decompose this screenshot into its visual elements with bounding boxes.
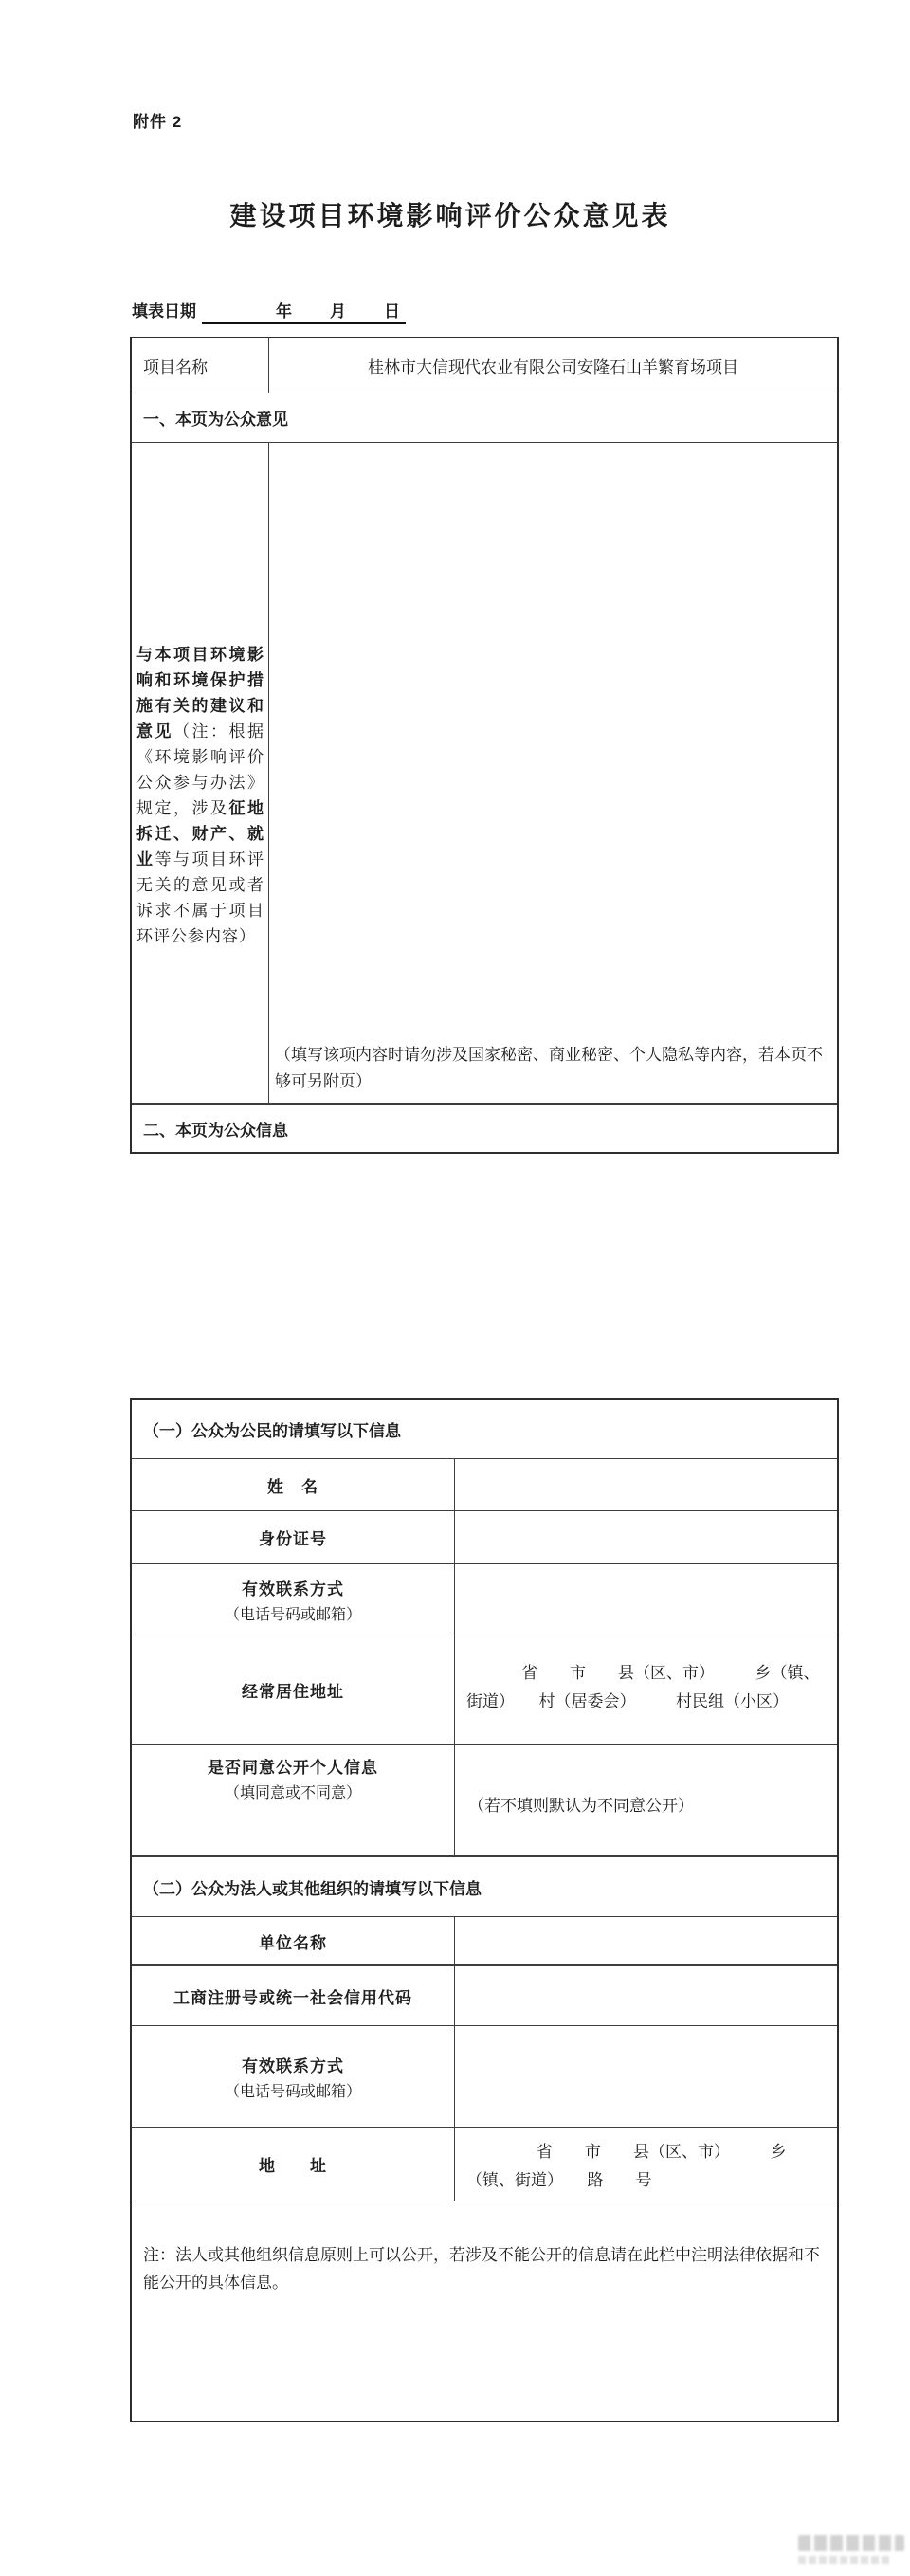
public-info-table: （一）公众为公民的请填写以下信息 姓 名 身份证号 有效联系方式 （电话号码或邮… [130,1398,839,2422]
organization-section-header: （二）公众为法人或其他组织的请填写以下信息 [132,1857,837,1917]
consent-label: 是否同意公开个人信息 [208,1754,378,1778]
date-fill-blank[interactable]: 年 月 日 [202,298,406,324]
contact-sublabel: （电话号码或邮箱） [225,1602,361,1624]
watermark-line-1 [798,2535,904,2551]
name-input-cell[interactable] [455,1459,837,1510]
opinion-fill-note: （填写该项内容时请勿涉及国家秘密、商业秘密、个人隐私等内容，若本页不够可另附页） [275,1042,829,1095]
org-code-row: 工商注册号或统一社会信用代码 [132,1966,837,2026]
project-name-label: 项目名称 [132,338,269,393]
org-address-label: 地 址 [259,2152,327,2176]
residence-input-cell[interactable]: 省 市 县（区、市） 乡（镇、 街道） 村（居委会） 村民组（小区） [455,1635,837,1744]
org-name-row: 单位名称 [132,1917,837,1966]
id-number-label-cell: 身份证号 [132,1511,455,1563]
section-header-opinion: 一、本页为公众意见 [132,393,837,443]
opinion-table: 项目名称 桂林市大信现代农业有限公司安隆石山羊繁育场项目 一、本页为公众意见 与… [130,337,839,1154]
org-address-row: 地 址 省 市 县（区、市） 乡 （镇、街道） 路 号 [132,2128,837,2201]
attachment-label: 附件 2 [133,108,182,132]
org-contact-sublabel: （电话号码或邮箱） [225,2079,361,2101]
org-contact-input-cell[interactable] [455,2026,837,2127]
contact-label-cell: 有效联系方式 （电话号码或邮箱） [132,1564,455,1635]
org-code-label-cell: 工商注册号或统一社会信用代码 [132,1966,455,2025]
residence-row: 经常居住地址 省 市 县（区、市） 乡（镇、 街道） 村（居委会） 村民组（小区… [132,1635,837,1745]
opinion-input-area[interactable]: （填写该项内容时请勿涉及国家秘密、商业秘密、个人隐私等内容，若本页不够可另附页） [269,443,837,1103]
id-number-input-cell[interactable] [455,1511,837,1563]
residence-format-hint: 省 市 县（区、市） 乡（镇、 街道） 村（居委会） 村民组（小区） [455,1635,837,1716]
name-row: 姓 名 [132,1459,837,1511]
opinion-prompt-label: 与本项目环境影响和环境保护措施有关的建议和意见（注：根据《环境影响评价公众参与办… [132,443,269,1103]
contact-label: 有效联系方式 [242,1576,344,1599]
residence-label-cell: 经常居住地址 [132,1635,455,1744]
org-contact-label: 有效联系方式 [242,2053,344,2076]
document-page: { "page": { "attachment": "附件 2", "title… [0,0,910,2576]
org-contact-row: 有效联系方式 （电话号码或邮箱） [132,2026,837,2128]
name-label: 姓 名 [267,1473,318,1497]
citizen-section-header: （一）公众为公民的请填写以下信息 [132,1400,837,1459]
page-title: 建设项目环境影响评价公众意见表 [0,195,901,233]
org-contact-label-cell: 有效联系方式 （电话号码或邮箱） [132,2026,455,2127]
org-code-label: 工商注册号或统一社会信用代码 [173,1984,412,2008]
org-code-input-cell[interactable] [455,1966,837,2025]
section-header-public-info: 二、本页为公众信息 [132,1105,837,1152]
legal-note-cell[interactable]: 注：法人或其他组织信息原则上可以公开，若涉及不能公开的信息请在此栏中注明法律依据… [132,2201,837,2421]
residence-label: 经常居住地址 [242,1678,344,1702]
opinion-label-segment-4: 等与项目环评无关的意见或者诉求不属于项目环评公参内容） [136,850,264,945]
project-name-value: 桂林市大信现代农业有限公司安隆石山羊繁育场项目 [269,338,837,393]
contact-input-cell[interactable] [455,1564,837,1635]
consent-input-cell[interactable]: （若不填则默认为不同意公开） [455,1745,837,1855]
org-name-label-cell: 单位名称 [132,1917,455,1964]
org-address-label-cell: 地 址 [132,2128,455,2201]
id-number-label: 身份证号 [259,1526,327,1549]
org-address-format-hint: 省 市 县（区、市） 乡 （镇、街道） 路 号 [455,2128,837,2195]
consent-label-cell: 是否同意公开个人信息 （填同意或不同意） [132,1745,455,1855]
watermark [798,2535,908,2564]
org-name-input-cell[interactable] [455,1917,837,1964]
consent-row: 是否同意公开个人信息 （填同意或不同意） （若不填则默认为不同意公开） [132,1745,837,1857]
watermark-line-2 [798,2556,891,2564]
opinion-row: 与本项目环境影响和环境保护措施有关的建议和意见（注：根据《环境影响评价公众参与办… [132,443,837,1105]
contact-row: 有效联系方式 （电话号码或邮箱） [132,1564,837,1635]
consent-sublabel: （填同意或不同意） [225,1781,361,1802]
name-label-cell: 姓 名 [132,1459,455,1510]
date-label: 填表日期 [132,302,196,320]
org-address-input-cell[interactable]: 省 市 县（区、市） 乡 （镇、街道） 路 号 [455,2128,837,2201]
project-name-row: 项目名称 桂林市大信现代农业有限公司安隆石山羊繁育场项目 [132,338,837,393]
consent-default-hint: （若不填则默认为不同意公开） [468,1797,694,1815]
id-number-row: 身份证号 [132,1511,837,1564]
org-name-label: 单位名称 [259,1929,327,1953]
legal-note-text: 注：法人或其他组织信息原则上可以公开，若涉及不能公开的信息请在此栏中注明法律依据… [143,2246,820,2292]
form-date-line: 填表日期 年 月 日 [132,298,406,324]
